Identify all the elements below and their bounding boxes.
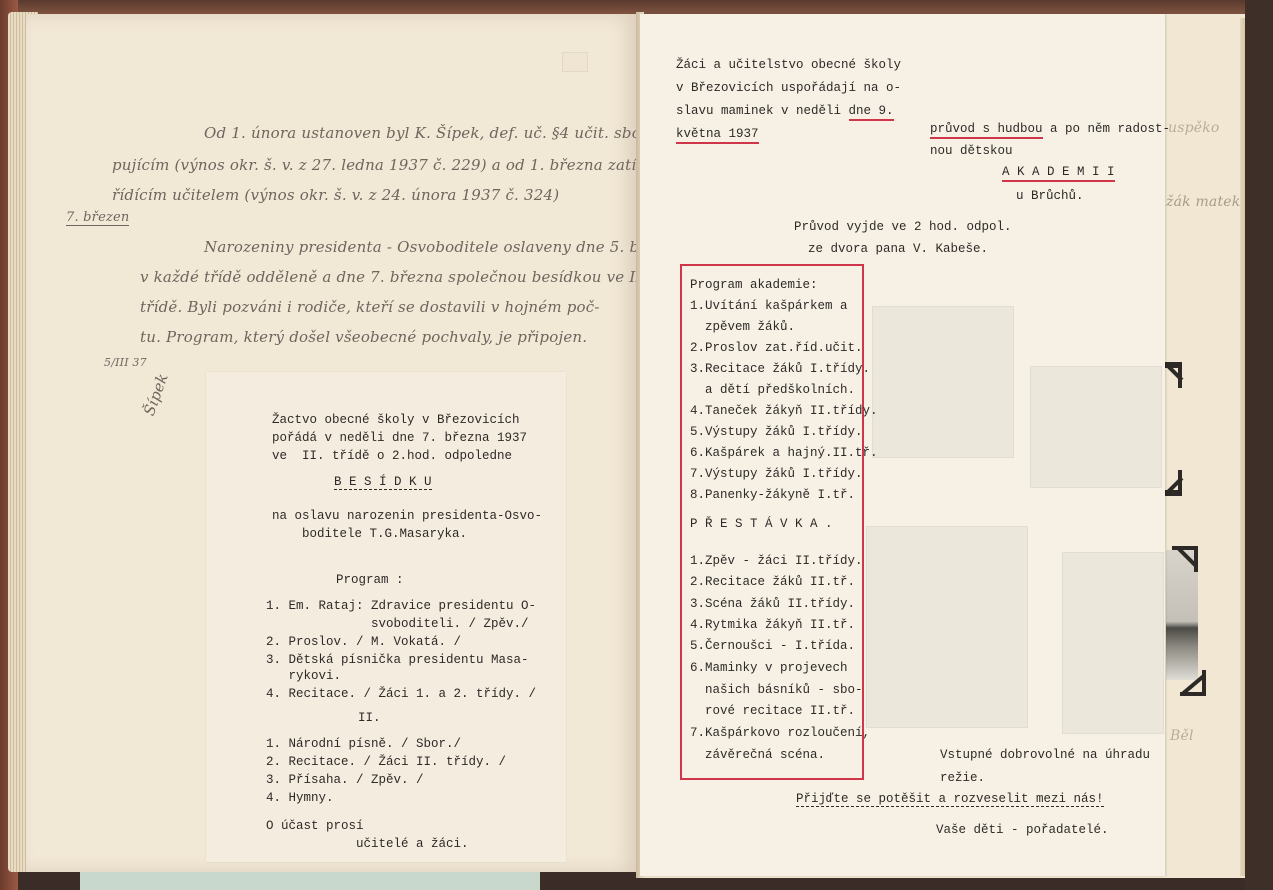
program-item: a dětí předškolních. — [690, 380, 855, 401]
handwritten-line: v každé třídě odděleně a dne 7. března s… — [140, 268, 647, 286]
program-item: zpěvem žáků. — [690, 317, 795, 338]
handwritten-line: tu. Program, který došel všeobecné pochv… — [140, 328, 587, 346]
program-item: 1.Uvítání kašpárkem a — [690, 296, 848, 317]
program-item: 4.Rytmika žákyň II.tř. — [690, 615, 855, 636]
invitation-intro-line: Žáci a učitelstvo obecné školy — [676, 55, 901, 76]
slip-program-heading: Program : — [336, 570, 404, 591]
slip-closing: O účast prosí — [266, 816, 364, 837]
handwritten-line: pujícím (výnos okr. š. v. z 27. ledna 19… — [112, 156, 680, 174]
handwritten-line: řídícím učitelem (výnos okr. š. v. z 24.… — [112, 186, 559, 204]
photo-corner-icon — [1164, 470, 1190, 496]
show-through-photo — [872, 306, 1014, 458]
show-through-photo — [1030, 366, 1162, 488]
program-item: 7.Výstupy žáků I.třídy. — [690, 464, 863, 485]
admission-line: režie. — [940, 768, 985, 789]
handwritten-line: Narozeniny presidenta - Osvoboditele osl… — [204, 238, 683, 256]
procession-rest: a po něm radost- — [1043, 122, 1171, 136]
program-item: 4.Taneček žákyň II.třídy. — [690, 401, 878, 422]
show-through-photo — [1062, 552, 1164, 734]
show-through-text — [866, 526, 1028, 728]
slip-intro-line: ve II. třídě o 2.hod. odpoledne — [272, 446, 512, 467]
invitation-slogan: Přijďte se potěšit a rozveselit mezi nás… — [796, 792, 1104, 807]
underlying-handwriting: žák matek — [1166, 194, 1240, 210]
slip-occasion-line: boditele T.G.Masaryka. — [272, 524, 467, 545]
program-intermission: P Ř E S T Á V K A . — [690, 514, 833, 535]
book-cover-right — [1245, 0, 1273, 890]
handwritten-line: Od 1. února ustanoven byl K. Šípek, def.… — [204, 124, 703, 142]
handwritten-line: třídě. Byli pozváni i rodiče, kteří se d… — [140, 298, 600, 316]
program-item: 5.Černoušci - I.třída. — [690, 636, 855, 657]
departure-line: Průvod vyjde ve 2 hod. odpol. — [794, 217, 1012, 238]
akademie-place: u Brůchů. — [1016, 186, 1084, 207]
procession-underlined: průvod s hudbou — [930, 122, 1043, 139]
slip-program-item: 4. Hymny. — [266, 788, 334, 809]
date-month-underlined: května 1937 — [676, 127, 759, 144]
slip-closing-signature: učitelé a žáci. — [356, 834, 469, 855]
slip-part-2-heading: II. — [358, 708, 381, 729]
margin-note-date: 7. březen — [66, 210, 129, 226]
slip-title: B E S Í D K U — [334, 475, 432, 490]
program-item: našich básníků - sbo- — [690, 680, 863, 701]
admission-line: Vstupné dobrovolné na úhradu — [940, 745, 1150, 766]
faint-stamp — [562, 52, 588, 72]
bottom-paper-strip — [80, 872, 540, 890]
program-item: 6.Maminky v projevech — [690, 658, 848, 679]
program-item: závěrečná scéna. — [690, 745, 825, 766]
program-item: 3.Scéna žáků II.třídy. — [690, 594, 855, 615]
program-item: 2.Recitace žáků II.tř. — [690, 572, 855, 593]
photo-corner-icon — [1180, 670, 1206, 696]
invitation-intro-line: slavu maminek v neděli dne 9. — [676, 101, 894, 122]
procession-line: průvod s hudbou a po něm radost- — [930, 119, 1170, 140]
program-item: 3.Recitace žáků I.třídy. — [690, 359, 870, 380]
procession-line: nou dětskou — [930, 141, 1013, 162]
photo-corner-icon — [1164, 362, 1190, 388]
underlying-handwriting: uspěko — [1168, 120, 1220, 136]
departure-line: ze dvora pana V. Kabeše. — [808, 239, 988, 260]
date-underlined: dne 9. — [849, 104, 894, 121]
program-item: 2.Proslov zat.říd.učit. — [690, 338, 863, 359]
program-item: 5.Výstupy žáků I.třídy. — [690, 422, 863, 443]
slip-program-item: 4. Recitace. / Žáci 1. a 2. třídy. / — [266, 684, 536, 705]
underlying-handwriting: Běl — [1170, 728, 1194, 744]
signature-date: 5/III 37 — [104, 356, 147, 369]
program-item: 6.Kašpárek a hajný.II.tř. — [690, 443, 878, 464]
invitation-signature: Vaše děti - pořadatelé. — [936, 820, 1109, 841]
program-item: rové recitace II.tř. — [690, 701, 855, 722]
program-item: 7.Kašpárkovo rozloučení, — [690, 723, 870, 744]
intro-text: slavu maminek v neděli — [676, 104, 849, 118]
program-heading: Program akademie: — [690, 275, 818, 296]
photo-corner-icon — [1172, 546, 1198, 572]
invitation-intro-line: v Březovicích uspořádají na o- — [676, 78, 901, 99]
akademie-title: A K A D E M I I — [1002, 165, 1115, 182]
program-item: 8.Panenky-žákyně I.tř. — [690, 485, 855, 506]
program-item: 1.Zpěv - žáci II.třídy. — [690, 551, 863, 572]
